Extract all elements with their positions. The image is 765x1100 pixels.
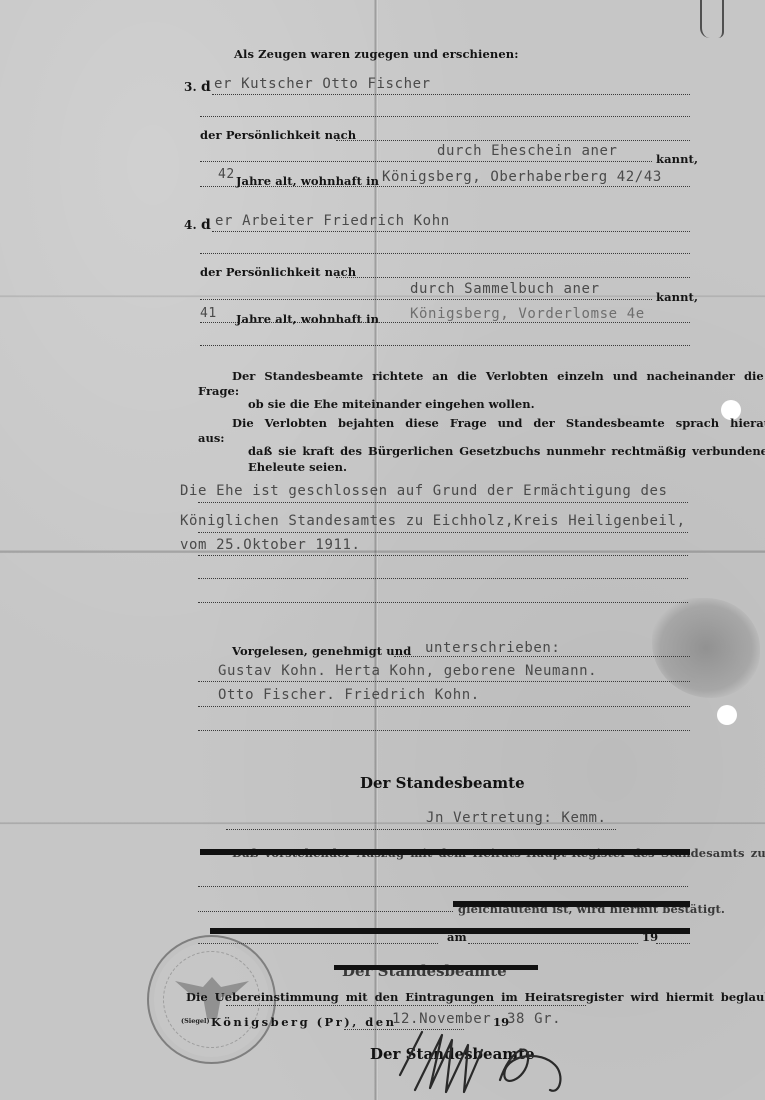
remark-line-1: Die Ehe ist geschlossen auf Grund der Er… bbox=[180, 483, 668, 499]
registrar-deputy: Jn Vertretung: Kemm. bbox=[426, 810, 607, 826]
fill-line bbox=[468, 943, 638, 944]
fill-line bbox=[200, 116, 690, 117]
horizontal-fold-crease bbox=[0, 295, 765, 298]
strike-bar bbox=[334, 965, 538, 970]
fill-line bbox=[198, 532, 688, 533]
witness-4-identity-label: der Persönlichkeit nach bbox=[200, 265, 356, 279]
witnesses-heading: Als Zeugen waren zugegen und erschienen: bbox=[234, 47, 519, 61]
ceremony-declaration-1: daß sie kraft des Bürgerlichen Gesetzbuc… bbox=[248, 444, 765, 458]
punch-hole bbox=[717, 705, 737, 725]
fill-line bbox=[200, 253, 690, 254]
fill-line bbox=[226, 829, 616, 830]
ceremony-line-2-cont: aus: bbox=[198, 431, 225, 445]
signatures-label: Vorgelesen, genehmigt und bbox=[232, 644, 411, 658]
fill-line bbox=[200, 299, 652, 300]
witness-3-identity-value: durch Eheschein aner bbox=[437, 143, 618, 159]
witness-3-prefix: d bbox=[201, 79, 211, 95]
ceremony-line-2: Die Verlobten bejahten diese Frage und d… bbox=[232, 416, 765, 430]
strike-bar bbox=[453, 901, 690, 907]
fill-line bbox=[198, 681, 690, 682]
fill-line bbox=[336, 277, 690, 278]
witness-4-name: er Arbeiter Friedrich Kohn bbox=[215, 213, 450, 229]
ceremony-question: ob sie die Ehe miteinander eingehen woll… bbox=[248, 397, 535, 411]
fill-line bbox=[212, 231, 690, 232]
fill-line bbox=[198, 502, 688, 503]
witness-3-identity-label: der Persönlichkeit nach bbox=[200, 128, 356, 142]
witness-4-residence: Königsberg, Vorderlomse 4e bbox=[410, 306, 645, 322]
witness-3-number: 3. bbox=[184, 80, 197, 94]
witness-3-residence: Königsberg, Oberhaberberg 42/43 bbox=[382, 169, 662, 185]
fill-line bbox=[198, 706, 690, 707]
witness-4-prefix: d bbox=[201, 217, 211, 233]
fill-line bbox=[200, 322, 690, 323]
witness-4-number: 4. bbox=[184, 218, 197, 232]
signatures-line-2: Otto Fischer. Friedrich Kohn. bbox=[218, 687, 480, 703]
witness-3-identity-suffix: kannt, bbox=[656, 152, 698, 166]
struck-year-prefix: 19 bbox=[642, 930, 658, 944]
strike-bar bbox=[200, 849, 690, 855]
remark-line-2: Königlichen Standesamtes zu Eichholz,Kre… bbox=[180, 513, 686, 529]
horizontal-fold-crease bbox=[0, 550, 765, 554]
registrar-title: Der Standesbeamte bbox=[360, 774, 525, 792]
fill-line bbox=[226, 1005, 586, 1006]
fill-line bbox=[656, 943, 690, 944]
witness-4-identity-suffix: kannt, bbox=[656, 290, 698, 304]
remark-line-3: vom 25.Oktober 1911. bbox=[180, 537, 361, 553]
ceremony-declaration-2: Eheleute seien. bbox=[248, 460, 347, 474]
fill-line bbox=[200, 186, 690, 187]
fill-line bbox=[212, 94, 690, 95]
struck-date-label: am bbox=[447, 930, 467, 944]
handwritten-signature bbox=[360, 1020, 580, 1100]
fill-line bbox=[198, 555, 688, 556]
witness-3-age: 42 bbox=[218, 167, 235, 182]
signatures-line-1: Gustav Kohn. Herta Kohn, geborene Neuman… bbox=[218, 663, 597, 679]
fill-line bbox=[200, 161, 652, 162]
witness-4-age-label: Jahre alt, wohnhaft in bbox=[236, 312, 379, 326]
fill-line bbox=[198, 911, 453, 912]
fill-line bbox=[336, 140, 690, 141]
seal-label: (Siegel) bbox=[181, 1017, 210, 1025]
witness-4-identity-value: durch Sammelbuch aner bbox=[410, 281, 600, 297]
ceremony-line-1-cont: Frage: bbox=[198, 384, 239, 398]
fill-line bbox=[200, 345, 690, 346]
fill-line bbox=[394, 656, 690, 657]
signatures-label-typed: unterschrieben: bbox=[425, 640, 560, 656]
witness-4-age: 41 bbox=[200, 306, 217, 321]
handwritten-mark bbox=[700, 0, 724, 38]
witness-3-name: er Kutscher Otto Fischer bbox=[214, 76, 431, 92]
attestation-text: Die Uebereinstimmung mit den Eintragunge… bbox=[186, 990, 765, 1004]
fill-line bbox=[198, 730, 690, 731]
horizontal-fold-crease bbox=[0, 822, 765, 825]
fill-line bbox=[198, 602, 688, 603]
fill-line bbox=[198, 578, 688, 579]
ceremony-line-1: Der Standesbeamte richtete an die Verlob… bbox=[232, 369, 764, 383]
fill-line bbox=[198, 886, 688, 887]
